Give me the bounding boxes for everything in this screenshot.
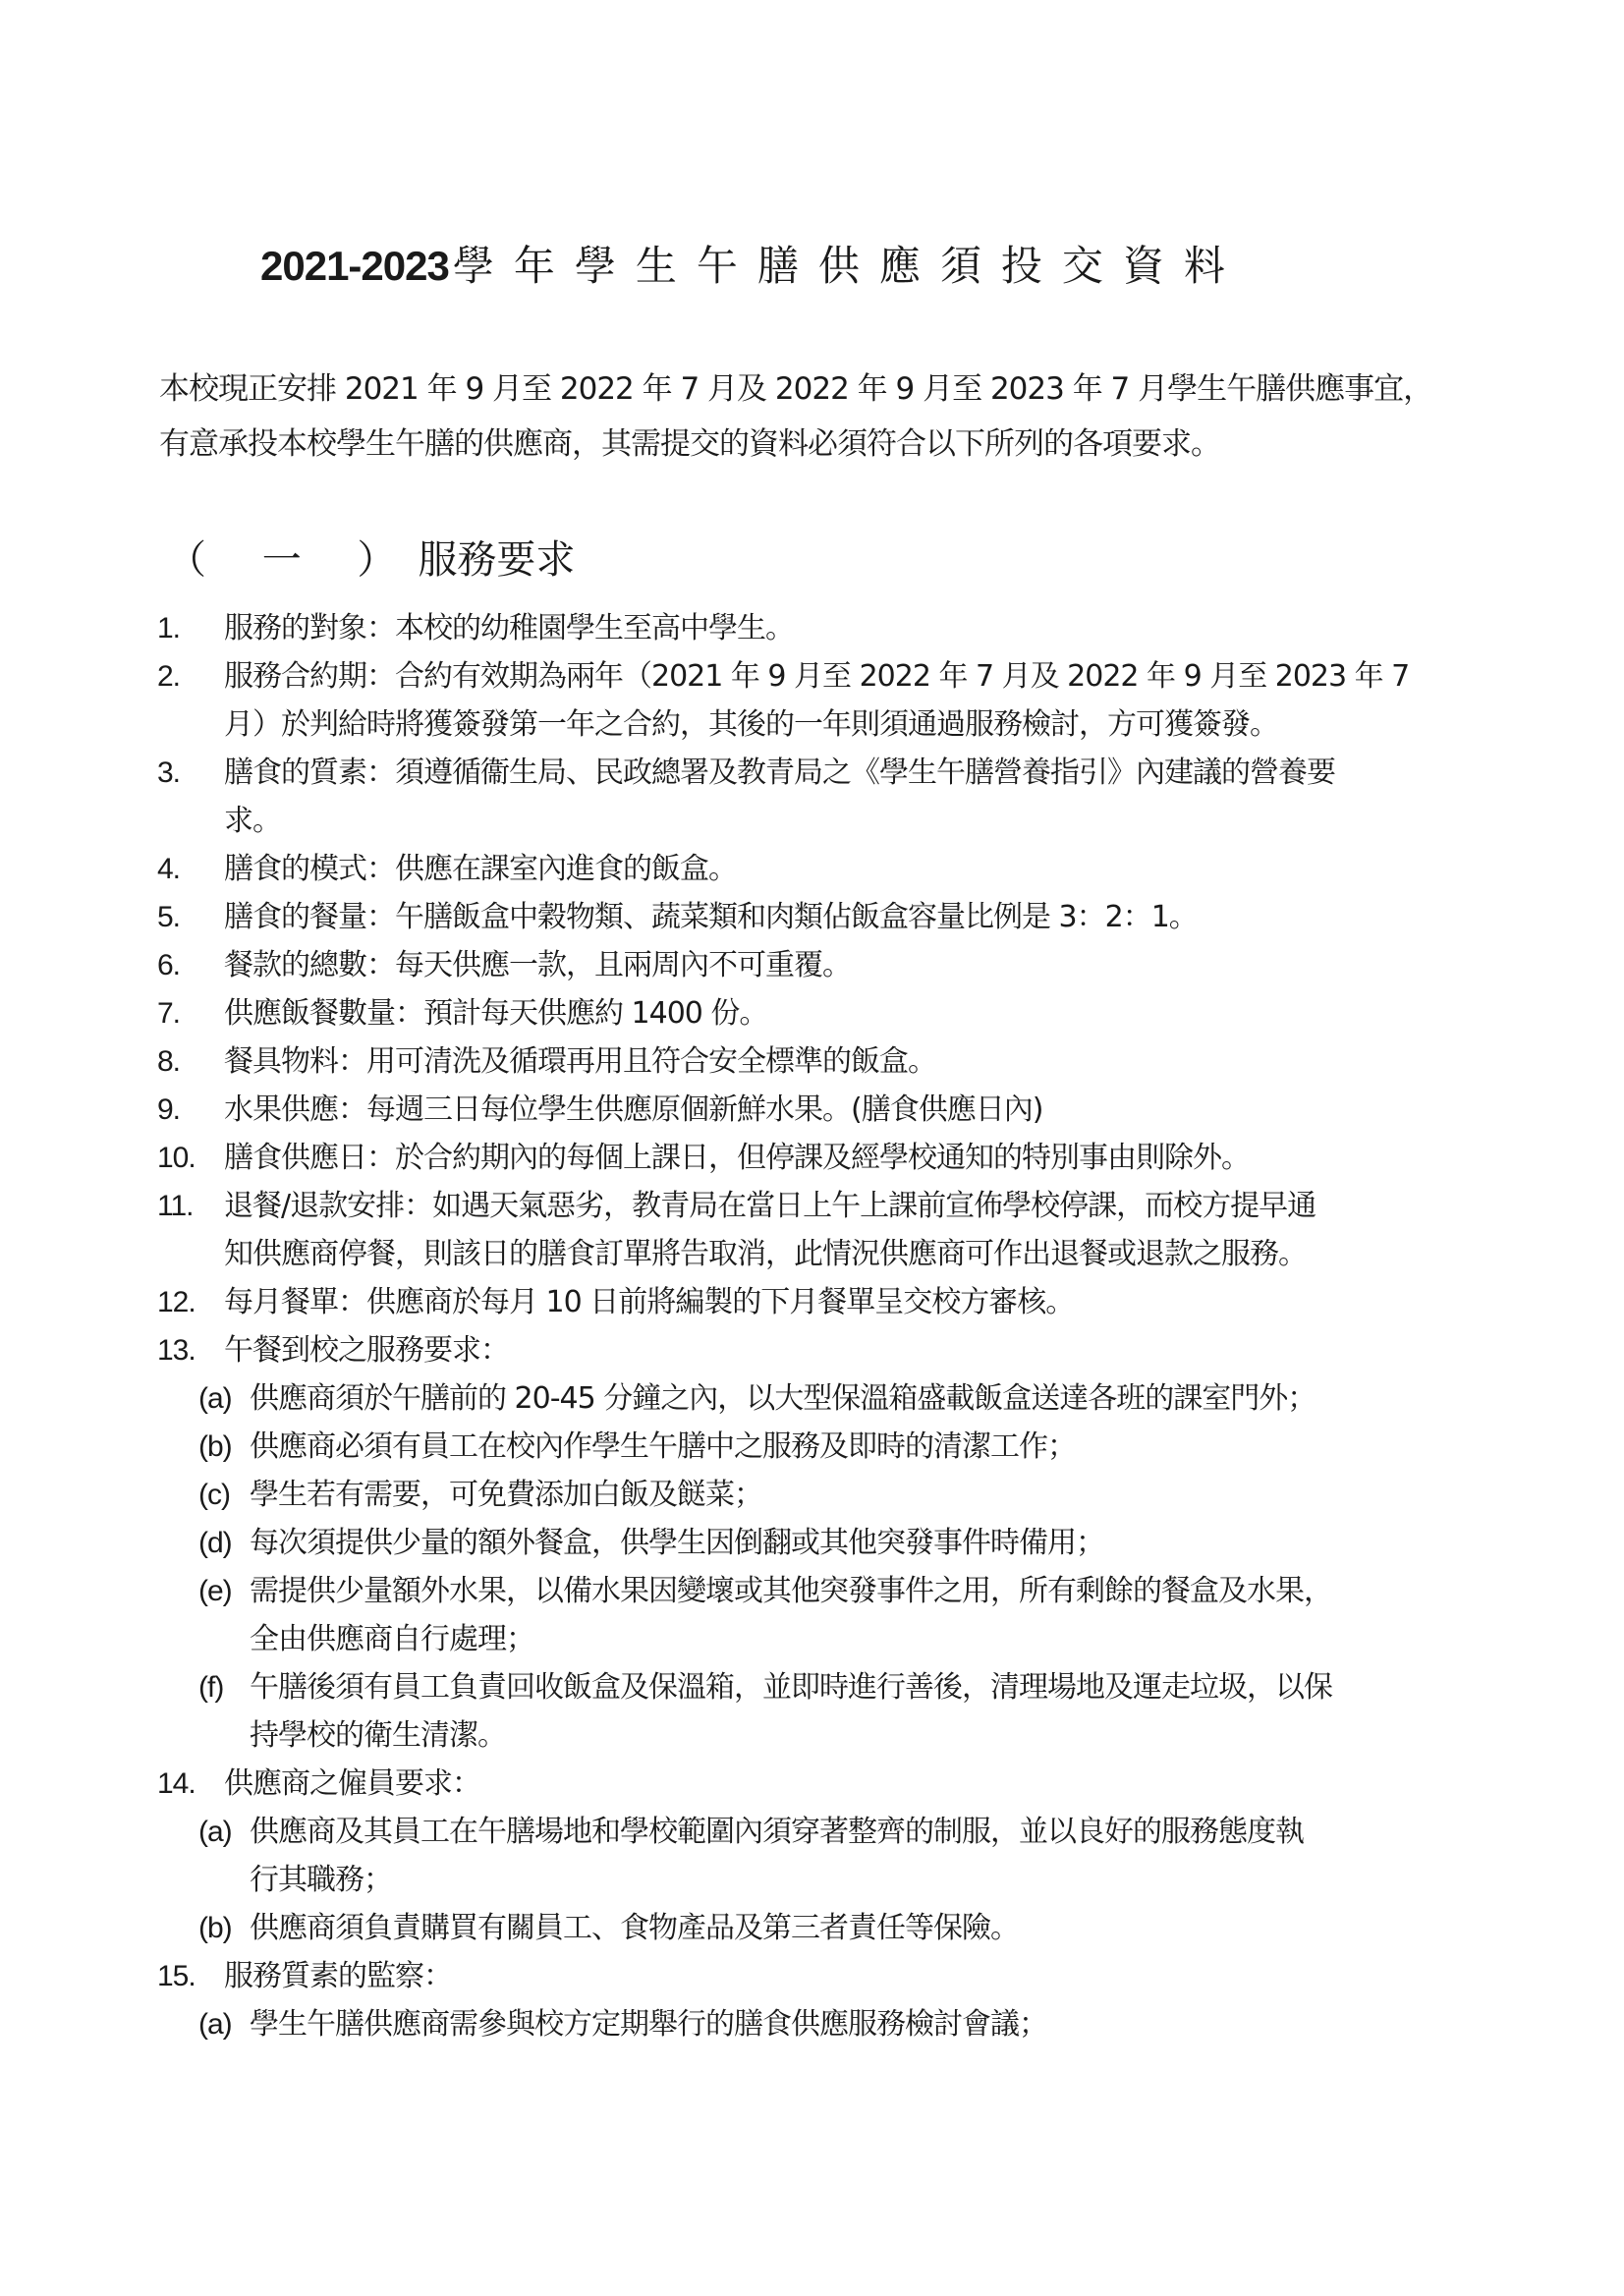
- list-item: 6.餐款的總數：每天供應一款，且兩周內不可重覆。: [157, 941, 1533, 989]
- item-text: 餐款的總數：每天供應一款，且兩周內不可重覆。: [224, 941, 1533, 989]
- sub-item: (a)供應商及其員工在午膳場地和學校範圍內須穿著整齊的制服，並以良好的服務態度執…: [157, 1808, 1533, 1904]
- section-number: （ 一 ）: [167, 537, 418, 583]
- item-number: 11.: [157, 1182, 216, 1230]
- sub-item-text: 每次須提供少量的額外餐盒，供學生因倒翻或其他突發事件時備用；: [250, 1519, 1533, 1567]
- item-text: 供應商之僱員要求：: [224, 1760, 1533, 1808]
- list-item: 4.膳食的模式：供應在課室內進食的飯盒。: [157, 845, 1533, 893]
- item-number: 13.: [157, 1326, 216, 1374]
- list-item: 13.午餐到校之服務要求：: [157, 1326, 1533, 1374]
- list-item: 3.膳食的質素：須遵循衞生局、民政總署及教青局之《學生午膳營養指引》內建議的營養…: [157, 749, 1533, 845]
- list-item: 5.膳食的餐量：午膳飯盒中穀物類、蔬菜類和肉類佔飯盒容量比例是 3：2：1。: [157, 893, 1533, 941]
- sub-item: (b)供應商必須有員工在校內作學生午膳中之服務及即時的清潔工作；: [157, 1423, 1533, 1471]
- list-item: 2.服務合約期：合約有效期為兩年（2021 年 9 月至 2022 年 7 月及…: [157, 652, 1533, 749]
- document-page: 2021-2023學年學生午膳供應須投交資料 本校現正安排 2021 年 9 月…: [0, 0, 1624, 2296]
- sub-item-label: (d): [198, 1519, 232, 1567]
- list-item: 14.供應商之僱員要求：: [157, 1760, 1533, 1808]
- intro-paragraph: 本校現正安排 2021 年 9 月至 2022 年 7 月及 2022 年 9 …: [159, 362, 1535, 472]
- item-text: 午餐到校之服務要求：: [224, 1326, 1533, 1374]
- item-text: 膳食的餐量：午膳飯盒中穀物類、蔬菜類和肉類佔飯盒容量比例是 3：2：1。: [224, 893, 1533, 941]
- list-item: 12.每月餐單：供應商於每月 10 日前將編製的下月餐單呈交校方審核。: [157, 1278, 1533, 1326]
- item-number: 5.: [157, 893, 216, 941]
- list-item: 8.餐具物料：用可清洗及循環再用且符合安全標準的飯盒。: [157, 1037, 1533, 1086]
- sub-item: (c)學生若有需要，可免費添加白飯及餸菜；: [157, 1471, 1533, 1519]
- item-text: 水果供應：每週三日每位學生供應原個新鮮水果。(膳食供應日內): [224, 1086, 1533, 1134]
- sub-item-label: (c): [198, 1471, 230, 1519]
- item-text: 月）於判給時將獲簽發第一年之合約，其後的一年則須通過服務檢討，方可獲簽發。: [224, 700, 1533, 749]
- item-number: 1.: [157, 604, 216, 652]
- sub-item: (e)需提供少量額外水果，以備水果因變壞或其他突發事件之用，所有剩餘的餐盒及水果…: [157, 1567, 1533, 1663]
- list-item: 10.膳食供應日：於合約期內的每個上課日，但停課及經學校通知的特別事由則除外。: [157, 1134, 1533, 1182]
- item-number: 6.: [157, 941, 216, 989]
- item-text: 知供應商停餐，則該日的膳食訂單將告取消，此情況供應商可作出退餐或退款之服務。: [224, 1230, 1533, 1278]
- sub-item-label: (b): [198, 1904, 232, 1952]
- item-number: 12.: [157, 1278, 216, 1326]
- sub-item-label: (f): [198, 1663, 223, 1711]
- sub-item-text: 午膳後須有員工負責回收飯盒及保溫箱，並即時進行善後，清理場地及運走垃圾，以保: [250, 1663, 1533, 1711]
- sub-item-label: (e): [198, 1567, 232, 1615]
- item-number: 10.: [157, 1134, 216, 1182]
- sub-item-text: 供應商及其員工在午膳場地和學校範圍內須穿著整齊的制服，並以良好的服務態度執: [250, 1808, 1533, 1856]
- sub-item: (a)學生午膳供應商需參與校方定期舉行的膳食供應服務檢討會議；: [157, 2000, 1533, 2048]
- item-number: 3.: [157, 749, 216, 797]
- section-title: 服務要求: [418, 537, 575, 583]
- item-number: 15.: [157, 1952, 216, 2000]
- item-text: 膳食供應日：於合約期內的每個上課日，但停課及經學校通知的特別事由則除外。: [224, 1134, 1533, 1182]
- item-number: 14.: [157, 1760, 216, 1808]
- item-text: 膳食的質素：須遵循衞生局、民政總署及教青局之《學生午膳營養指引》內建議的營養要: [224, 749, 1533, 797]
- sub-item-text: 需提供少量額外水果，以備水果因變壞或其他突發事件之用，所有剩餘的餐盒及水果，: [250, 1567, 1533, 1615]
- item-text: 餐具物料：用可清洗及循環再用且符合安全標準的飯盒。: [224, 1037, 1533, 1086]
- title-year: 2021-2023: [260, 243, 449, 289]
- list-item: 1.服務的對象：本校的幼稚園學生至高中學生。: [157, 604, 1533, 652]
- item-text: 服務的對象：本校的幼稚園學生至高中學生。: [224, 604, 1533, 652]
- sub-item-text: 供應商須於午膳前的 20-45 分鐘之內，以大型保溫箱盛載飯盒送達各班的課室門外…: [250, 1374, 1533, 1423]
- title-text: 學年學生午膳供應須投交資料: [453, 242, 1245, 290]
- intro-line: 有意承投本校學生午膳的供應商，其需提交的資料必須符合以下所列的各項要求。: [159, 417, 1535, 472]
- requirements-list: 1.服務的對象：本校的幼稚園學生至高中學生。2.服務合約期：合約有效期為兩年（2…: [157, 604, 1533, 2048]
- sub-item-text: 行其職務；: [250, 1856, 1533, 1904]
- item-text: 求。: [224, 797, 1533, 845]
- list-item: 15.服務質素的監察：: [157, 1952, 1533, 2000]
- item-number: 9.: [157, 1086, 216, 1134]
- item-text: 退餐/退款安排：如遇天氣惡劣，教青局在當日上午上課前宣佈學校停課，而校方提早通: [224, 1182, 1533, 1230]
- item-number: 4.: [157, 845, 216, 893]
- item-text: 服務合約期：合約有效期為兩年（2021 年 9 月至 2022 年 7 月及 2…: [224, 652, 1533, 700]
- sub-item-text: 供應商必須有員工在校內作學生午膳中之服務及即時的清潔工作；: [250, 1423, 1533, 1471]
- sub-item-label: (a): [198, 1808, 232, 1856]
- sub-item-text: 學生若有需要，可免費添加白飯及餸菜；: [250, 1471, 1533, 1519]
- item-text: 每月餐單：供應商於每月 10 日前將編製的下月餐單呈交校方審核。: [224, 1278, 1533, 1326]
- sub-item-label: (a): [198, 1374, 232, 1423]
- item-text: 供應飯餐數量：預計每天供應約 1400 份。: [224, 989, 1533, 1037]
- item-text: 服務質素的監察：: [224, 1952, 1533, 2000]
- sub-item: (f)午膳後須有員工負責回收飯盒及保溫箱，並即時進行善後，清理場地及運走垃圾，以…: [157, 1663, 1533, 1760]
- list-item: 11.退餐/退款安排：如遇天氣惡劣，教青局在當日上午上課前宣佈學校停課，而校方提…: [157, 1182, 1533, 1278]
- sub-item: (d)每次須提供少量的額外餐盒，供學生因倒翻或其他突發事件時備用；: [157, 1519, 1533, 1567]
- sub-item: (a)供應商須於午膳前的 20-45 分鐘之內，以大型保溫箱盛載飯盒送達各班的課…: [157, 1374, 1533, 1423]
- sub-item-text: 學生午膳供應商需參與校方定期舉行的膳食供應服務檢討會議；: [250, 2000, 1533, 2048]
- section-heading: （ 一 ）服務要求: [167, 529, 575, 585]
- sub-item-label: (b): [198, 1423, 232, 1471]
- list-item: 9.水果供應：每週三日每位學生供應原個新鮮水果。(膳食供應日內): [157, 1086, 1533, 1134]
- item-number: 7.: [157, 989, 216, 1037]
- item-number: 8.: [157, 1037, 216, 1086]
- sub-item-text: 持學校的衛生清潔。: [250, 1711, 1533, 1760]
- sub-item-label: (a): [198, 2000, 232, 2048]
- item-text: 膳食的模式：供應在課室內進食的飯盒。: [224, 845, 1533, 893]
- intro-line: 本校現正安排 2021 年 9 月至 2022 年 7 月及 2022 年 9 …: [159, 362, 1535, 417]
- document-title: 2021-2023學年學生午膳供應須投交資料: [260, 234, 1341, 293]
- sub-item-text: 全由供應商自行處理；: [250, 1615, 1533, 1663]
- list-item: 7.供應飯餐數量：預計每天供應約 1400 份。: [157, 989, 1533, 1037]
- sub-item: (b)供應商須負責購買有關員工、食物產品及第三者責任等保險。: [157, 1904, 1533, 1952]
- item-number: 2.: [157, 652, 216, 700]
- sub-item-text: 供應商須負責購買有關員工、食物產品及第三者責任等保險。: [250, 1904, 1533, 1952]
